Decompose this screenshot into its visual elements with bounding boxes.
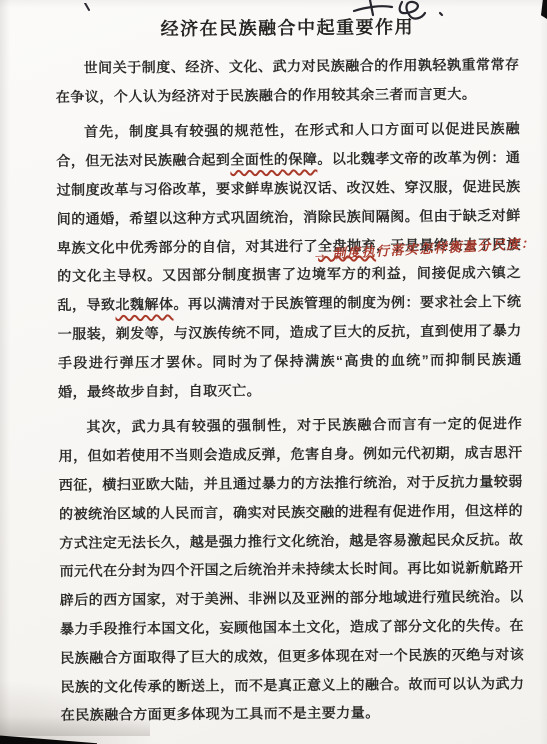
red-arrow-icon: → xyxy=(312,245,329,263)
essay-body: 经济在民族融合中起重要作用 世间关于制度、经济、文化、武力对民族融合的作用孰轻孰… xyxy=(55,12,525,737)
scan-shadow-bottom-left xyxy=(0,716,150,736)
red-wavy-underline-3: 北魏解体 xyxy=(115,296,173,312)
paragraph-3: 其次，武力具有较强的强制性，对于民族融合而言有一定的促进作用，但如若使用不当则会… xyxy=(58,410,524,730)
scan-edge-mark-top-right xyxy=(541,0,547,19)
paragraph-1: 世间关于制度、经济、文化、武力对民族融合的作用孰轻孰重常常存在争议，个人认为经济… xyxy=(55,50,519,111)
paragraph-2: 首先，制度具有较强的规范性，在形式和人口方面可以促进民族融合，但无法对民族融合起… xyxy=(56,115,522,407)
pen-tick-mark xyxy=(83,0,93,10)
pen-tick-icon xyxy=(83,3,93,13)
pen-scribble-icon xyxy=(352,0,462,22)
handwritten-mark-top xyxy=(352,0,462,22)
paragraph-3-text: 其次，武力具有较强的强制性，对于民族融合而言有一定的促进作用，但如若使用不当则会… xyxy=(59,416,525,724)
red-wavy-underline-1: 全面性的保障 xyxy=(230,151,317,168)
paragraph-1-text: 世间关于制度、经济、文化、武力对民族融合的作用孰轻孰重常常存在争议，个人认为经济… xyxy=(56,56,520,104)
scanned-essay-page: 经济在民族融合中起重要作用 世间关于制度、经济、文化、武力对民族融合的作用孰轻孰… xyxy=(0,0,547,744)
